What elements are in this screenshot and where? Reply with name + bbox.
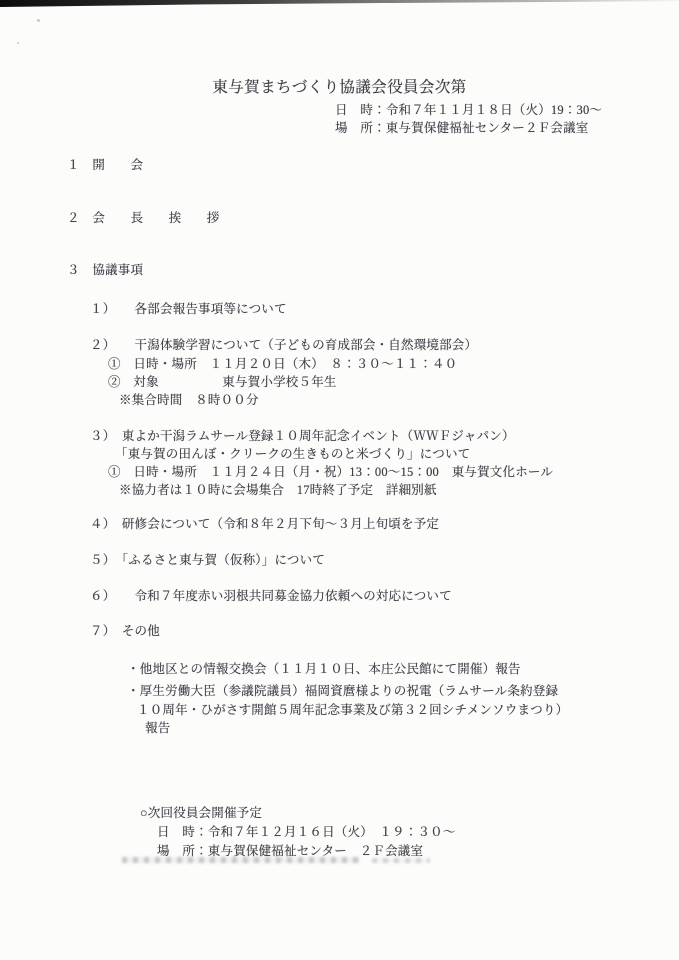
other-bullet-2-line3: 報告 (145, 721, 170, 736)
topic-3-note: ※協力者は１０時に会場集合 17時終了予定 詳細別紙 (119, 483, 437, 498)
agenda-item-discussion: ３ 協議事項 (67, 263, 143, 278)
next-meeting-datetime: 日 時：令和７年１２月１６日（火） １９：３０～ (157, 825, 456, 840)
meeting-location: 場 所：東与賀保健福祉センター２Ｆ会議室 (335, 121, 589, 136)
topic-2: ２） 干潟体験学習について（子どもの育成部会・自然環境部会） (90, 338, 477, 353)
topic-3-subtitle: 「東与賀の田んぼ・クリークの生きものと米づくり」について (115, 447, 470, 462)
topic-2-schedule: ① 日時・場所 １１月２０日（木） ８：３０～１１：４０ (108, 357, 457, 372)
scan-speck (37, 19, 40, 22)
topic-6: ６） 令和７年度赤い羽根共同募金協力依頼への対応について (90, 589, 452, 604)
topic-1: １） 各部会報告事項等について (90, 302, 287, 317)
other-bullet-1: ・他地区との情報交換会（１１月１０日、本庄公民館にて開催）報告 (127, 662, 521, 677)
scanned-agenda-page: 東与賀まちづくり協議会役員会次第 日 時：令和７年１１月１８日（火）19：30～… (0, 0, 679, 960)
topic-4: ４） 研修会について（令和８年２月下旬～３月上旬頃を予定 (90, 517, 439, 532)
meeting-datetime: 日 時：令和７年１１月１８日（火）19：30～ (335, 103, 602, 118)
agenda-item-opening: １ 開 会 (67, 158, 143, 173)
scan-speck (17, 42, 19, 44)
topic-7: ７） その他 (90, 624, 160, 639)
topic-2-target: ② 対象 東与賀小学校５年生 (108, 375, 337, 390)
topic-3-schedule: ① 日時・場所 １１月２４日（月・祝）13：00～15：00 東与賀文化ホール (108, 465, 553, 480)
document-title: 東与賀まちづくり協議会役員会次第 (0, 75, 679, 97)
scan-artifact-top-edge (0, 0, 679, 7)
other-bullet-2-line2: １０周年・ひがさす開館５周年記念事業及び第３２回シチメンソウまつり） (137, 703, 568, 718)
topic-3: ３） 東よか干潟ラムサール登録１０周年記念イベント（ＷＷＦジャパン） (90, 429, 515, 444)
agenda-item-greeting: ２ 会 長 挨 拶 (67, 211, 219, 226)
topic-5: ５） 「ふるさと東与賀（仮称）」について (90, 553, 325, 568)
topic-2-note: ※集合時間 ８時００分 (119, 393, 259, 408)
other-bullet-2-line1: ・厚生労働大臣（参議院議員）福岡資麿様よりの祝電（ラムサール条約登録 (127, 684, 558, 699)
scan-artifact-bleedthrough (372, 858, 430, 863)
scan-artifact-bleedthrough (122, 857, 360, 863)
next-meeting-heading: ○次回役員会開催予定 (140, 806, 262, 821)
